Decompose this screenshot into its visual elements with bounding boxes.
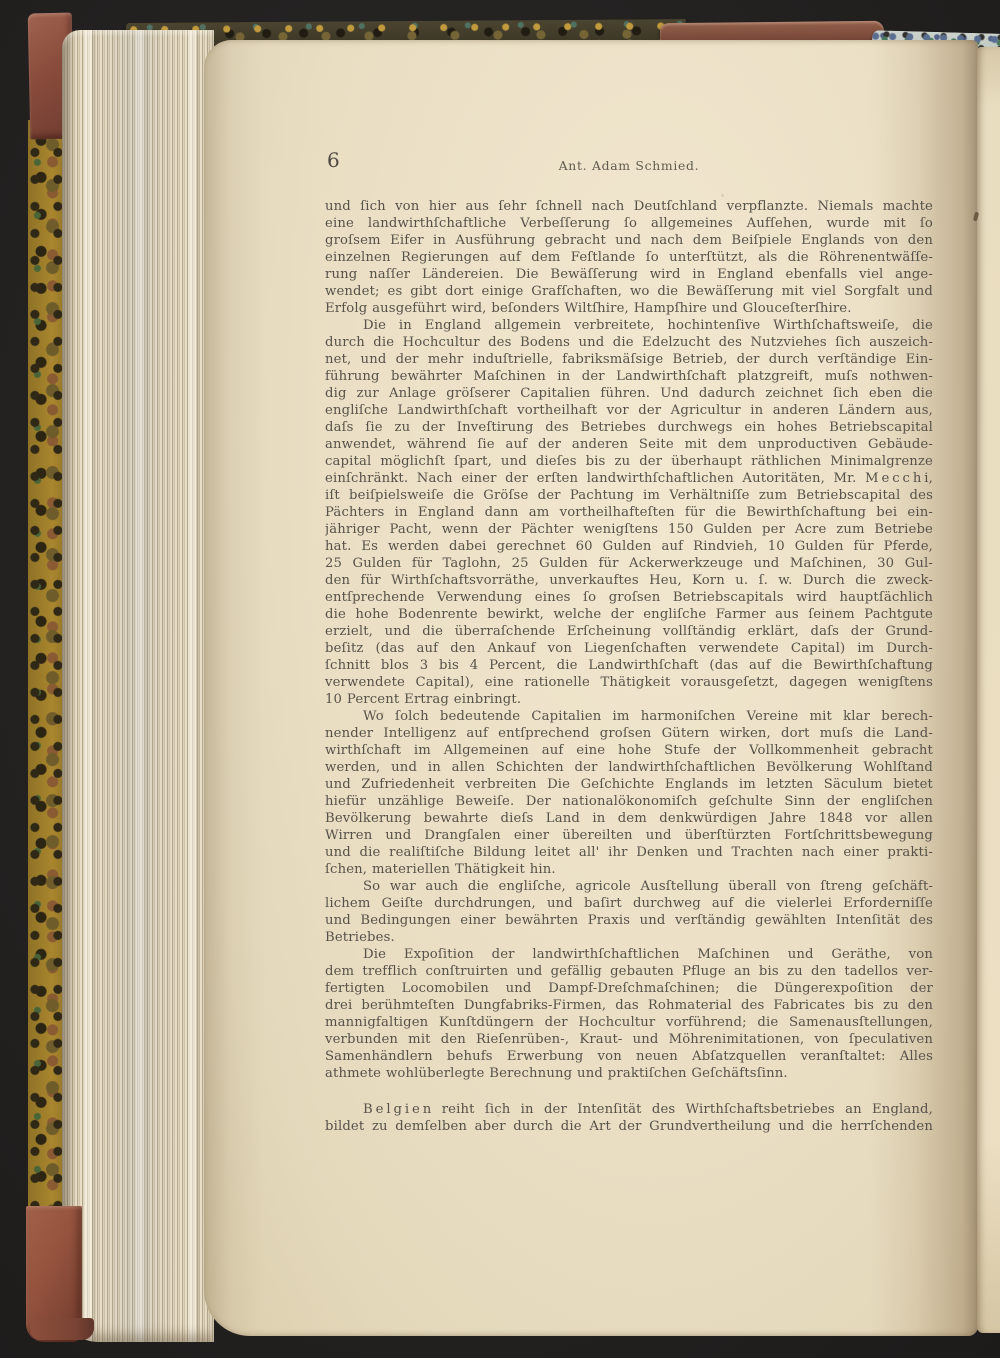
text-line: verbunden mit den Rieſenrüben-, Kraut- u… bbox=[325, 1031, 933, 1048]
text-line: engliſche Landwirthſchaft vortheilhaft v… bbox=[325, 402, 933, 419]
page-edges-stack bbox=[62, 30, 214, 1342]
text-line: Bevölkerung bewahrte dieſs Land in dem d… bbox=[325, 810, 933, 827]
text-line: hiefür unzählige Beweiſe. Der nationalök… bbox=[325, 793, 933, 810]
text-line: und Bedingungen einer bewährten Praxis u… bbox=[325, 912, 933, 929]
paragraph: So war auch die engliſche, agricole Ausſ… bbox=[325, 878, 933, 946]
text-line: die hohe Bodenrente bewirkt, welche der … bbox=[325, 606, 933, 623]
paragraph: Die Expoſition der landwirthſchaftlichen… bbox=[325, 946, 933, 1082]
paragraph: B e l g i e n reiht ſich in der Intenſit… bbox=[325, 1101, 933, 1135]
text-line: und die realiſtiſche Bildung leitet all'… bbox=[325, 844, 933, 861]
text-line: entſprechende Verwendung eines ſo groſse… bbox=[325, 589, 933, 606]
text-line: groſsem Eifer in Ausführung gebracht und… bbox=[325, 232, 933, 249]
text-line: net, und der mehr induſtrielle, fabriksm… bbox=[325, 351, 933, 368]
running-header: Ant. Adam Schmied. bbox=[325, 148, 933, 173]
text-line: einzelnen Regierungen auf dem Feſtlande … bbox=[325, 249, 933, 266]
text-line: lichem Geiſte durchdrungen, und baſirt d… bbox=[325, 895, 933, 912]
text-line: Wirren und Drangſalen einer übereilten u… bbox=[325, 827, 933, 844]
book-page: 6 Ant. Adam Schmied. und ſich von hier a… bbox=[204, 40, 978, 1336]
text-line: durch die Hochcultur des Bodens und die … bbox=[325, 334, 933, 351]
text-line: daſs ſie zu der Inveſtirung des Betriebe… bbox=[325, 419, 933, 436]
text-line: eine landwirthſchaftliche Verbeſſerung ſ… bbox=[325, 215, 933, 232]
text-line: bildet zu demſelben aber durch die Art d… bbox=[325, 1118, 933, 1135]
text-line: athmete wohlüberlegte Berechnung und pra… bbox=[325, 1065, 933, 1082]
text-line: Betriebes. bbox=[325, 929, 933, 946]
text-line: und ſich von hier aus ſehr ſchnell nach … bbox=[325, 198, 933, 215]
paragraph: Die in England allgemein verbreitete, ho… bbox=[325, 317, 933, 708]
text-line: So war auch die engliſche, agricole Ausſ… bbox=[325, 878, 933, 895]
text-block: 6 Ant. Adam Schmied. und ſich von hier a… bbox=[325, 148, 933, 1135]
text-line: und Zufriedenheit verbreiten Die Geſchic… bbox=[325, 776, 933, 793]
text-line: Die Expoſition der landwirthſchaftlichen… bbox=[325, 946, 933, 963]
text-line: drei berühmteſten Dungfabriks-Firmen, da… bbox=[325, 997, 933, 1014]
text-line: erzielt, und die überraſchende Erſcheinu… bbox=[325, 623, 933, 640]
text-line: den für Wirthſchaftsvorräthe, unverkauft… bbox=[325, 572, 933, 589]
paragraph: und ſich von hier aus ſehr ſchnell nach … bbox=[325, 198, 933, 317]
text-line: 10 Percent Ertrag einbringt. bbox=[325, 691, 933, 708]
text-line: beſitz (das auf den Ankauf von Liegenſch… bbox=[325, 640, 933, 657]
text-line: führung bewährter Maſchinen in der Landw… bbox=[325, 368, 933, 385]
text-line: Samenhändlern behufs Erwerbung von neuen… bbox=[325, 1048, 933, 1065]
text-line: B e l g i e n reiht ſich in der Intenſit… bbox=[325, 1101, 933, 1118]
text-line: ſchen, materiellen Thätigkeit hin. bbox=[325, 861, 933, 878]
text-line: Die in England allgemein verbreitete, ho… bbox=[325, 317, 933, 334]
text-line: einſchränkt. Nach einer der erſten landw… bbox=[325, 470, 933, 487]
text-line: rung naſſer Ländereien. Die Bewäſſerung … bbox=[325, 266, 933, 283]
text-line: hat. Es werden dabei gerechnet 60 Gulden… bbox=[325, 538, 933, 555]
text-line: Pächters in England dann am vortheilhaft… bbox=[325, 504, 933, 521]
book-photo: 6 Ant. Adam Schmied. und ſich von hier a… bbox=[0, 0, 1000, 1358]
next-page-edge bbox=[977, 47, 1000, 1333]
page-header: 6 Ant. Adam Schmied. bbox=[325, 148, 933, 172]
text-line: nender Intelligenz auf entſprechend groſ… bbox=[325, 725, 933, 742]
text-line: jähriger Pacht, wenn der Pächter wenigſt… bbox=[325, 521, 933, 538]
text-line: iſt beiſpielsweiſe die Gröſse der Pachtu… bbox=[325, 487, 933, 504]
text-line: Erfolg ausgeführt wird, beſonders Wiltſh… bbox=[325, 300, 933, 317]
text-line: dem trefflich conſtruirten und gefällig … bbox=[325, 963, 933, 980]
text-line: wendet; es gibt dort einige Grafſchaften… bbox=[325, 283, 933, 300]
text-line: wirthſchaft im Allgemeinen auf eine hohe… bbox=[325, 742, 933, 759]
text-line: ſchnitt blos 3 bis 4 Percent, die Landwi… bbox=[325, 657, 933, 674]
paragraph: Wo ſolch bedeutende Capitalien im harmon… bbox=[325, 708, 933, 878]
leather-corner-foot bbox=[30, 1318, 94, 1340]
text-line: dig zur Anlage gröſserer Capitalien führ… bbox=[325, 385, 933, 402]
text-line: anwendet, während ſie auf der anderen Se… bbox=[325, 436, 933, 453]
text-line: Wo ſolch bedeutende Capitalien im harmon… bbox=[325, 708, 933, 725]
text-line: verwendete Capital), eine rationelle Thä… bbox=[325, 674, 933, 691]
text-line: fertigten Locomobilen und Dampf-Dreſchma… bbox=[325, 980, 933, 997]
text-line: 25 Gulden für Taglohn, 25 Gulden für Ack… bbox=[325, 555, 933, 572]
page-text: und ſich von hier aus ſehr ſchnell nach … bbox=[325, 198, 933, 1135]
page-number: 6 bbox=[327, 149, 340, 171]
text-line: werden, und in allen Schichten der landw… bbox=[325, 759, 933, 776]
text-line: mannigfaltigen Kunſtdüngern der Hochcult… bbox=[325, 1014, 933, 1031]
text-line: capital möglichſt ſpart, und dieſes bis … bbox=[325, 453, 933, 470]
